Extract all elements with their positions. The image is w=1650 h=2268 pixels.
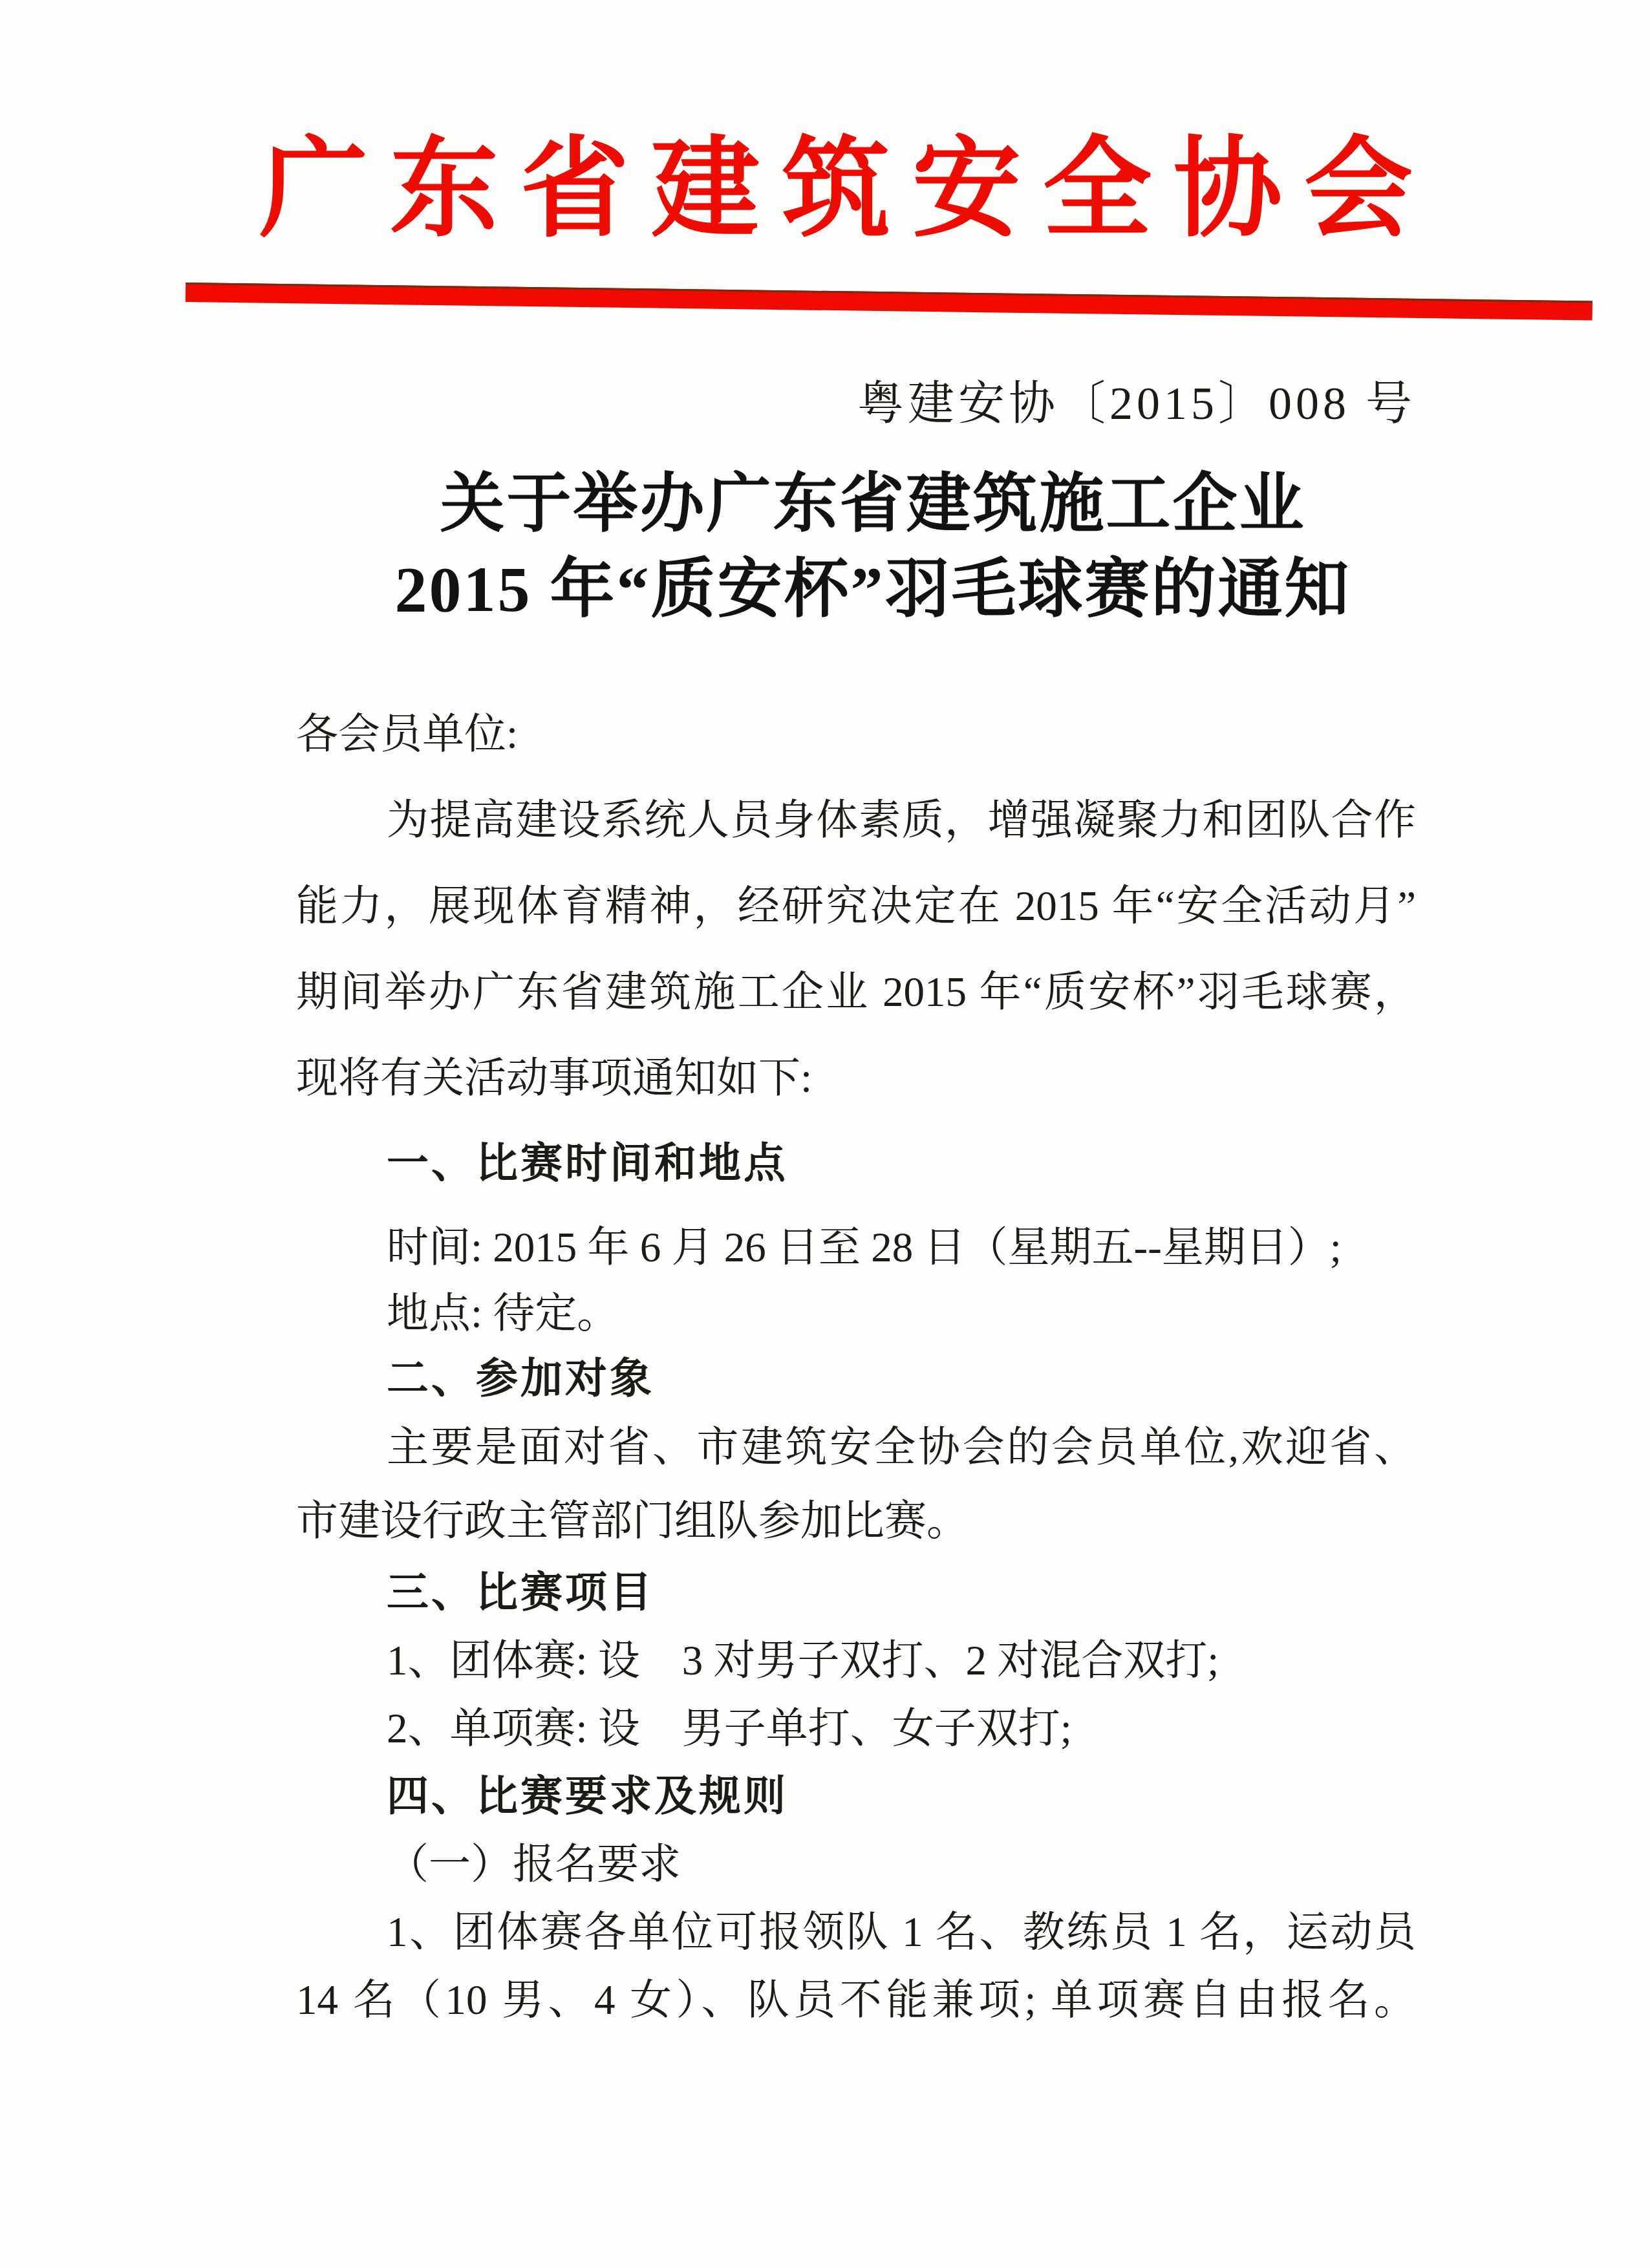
- intro-paragraph-line4: 现将有关活动事项通知如下:: [296, 1053, 1416, 1105]
- salutation: 各会员单位:: [296, 709, 1416, 761]
- time-line: 时间: 2015 年 6 月 26 日至 28 日（星期五--星期日）;: [296, 1222, 1416, 1274]
- event-item-individual: 2、单项赛: 设 男子单打、女子双打;: [296, 1703, 1416, 1755]
- letterhead-org-title: 广东省建筑安全协会: [200, 102, 1494, 258]
- section-heading-events: 三、比赛项目: [296, 1567, 1416, 1620]
- registration-line2: 14 名（10 男、4 女）、队员不能兼项; 单项赛自由报名。: [296, 1974, 1416, 2027]
- intro-paragraph-line3: 期间举办广东省建筑施工企业 2015 年“质安杯”羽毛球赛，: [296, 967, 1416, 1019]
- participants-line2: 市建设行政主管部门组队参加比赛。: [296, 1495, 1416, 1548]
- doc-title-line2: 2015 年“质安杯”羽毛球赛的通知: [239, 537, 1506, 630]
- event-item-team: 1、团体赛: 设 3 对男子双打、2 对混合双打;: [296, 1635, 1416, 1687]
- scanned-notice-page: 广东省建筑安全协会 粤建安协〔2015〕008 号 关于举办广东省建筑施工企业 …: [0, 0, 1650, 2268]
- venue-line: 地点: 待定。: [296, 1288, 1416, 1340]
- section-heading-participants: 二、参加对象: [296, 1353, 1416, 1406]
- section-heading-time-venue: 一、比赛时间和地点: [296, 1138, 1416, 1190]
- letterhead-red-divider: [186, 283, 1592, 320]
- registration-line1: 1、团体赛各单位可报领队 1 名、教练员 1 名，运动员: [296, 1907, 1416, 1959]
- doc-title-line1: 关于举办广东省建筑施工企业: [239, 451, 1506, 544]
- doc-reference-number: 粤建安协〔2015〕008 号: [857, 365, 1416, 433]
- intro-paragraph-line2: 能力，展现体育精神，经研究决定在 2015 年“安全活动月”: [296, 881, 1416, 933]
- subheading-registration: （一）报名要求: [296, 1839, 1416, 1891]
- participants-line1: 主要是面对省、市建筑安全协会的会员单位,欢迎省、: [296, 1422, 1416, 1474]
- intro-paragraph-line1: 为提高建设系统人员身体素质，增强凝聚力和团队合作: [296, 795, 1416, 847]
- section-heading-rules: 四、比赛要求及规则: [296, 1771, 1416, 1823]
